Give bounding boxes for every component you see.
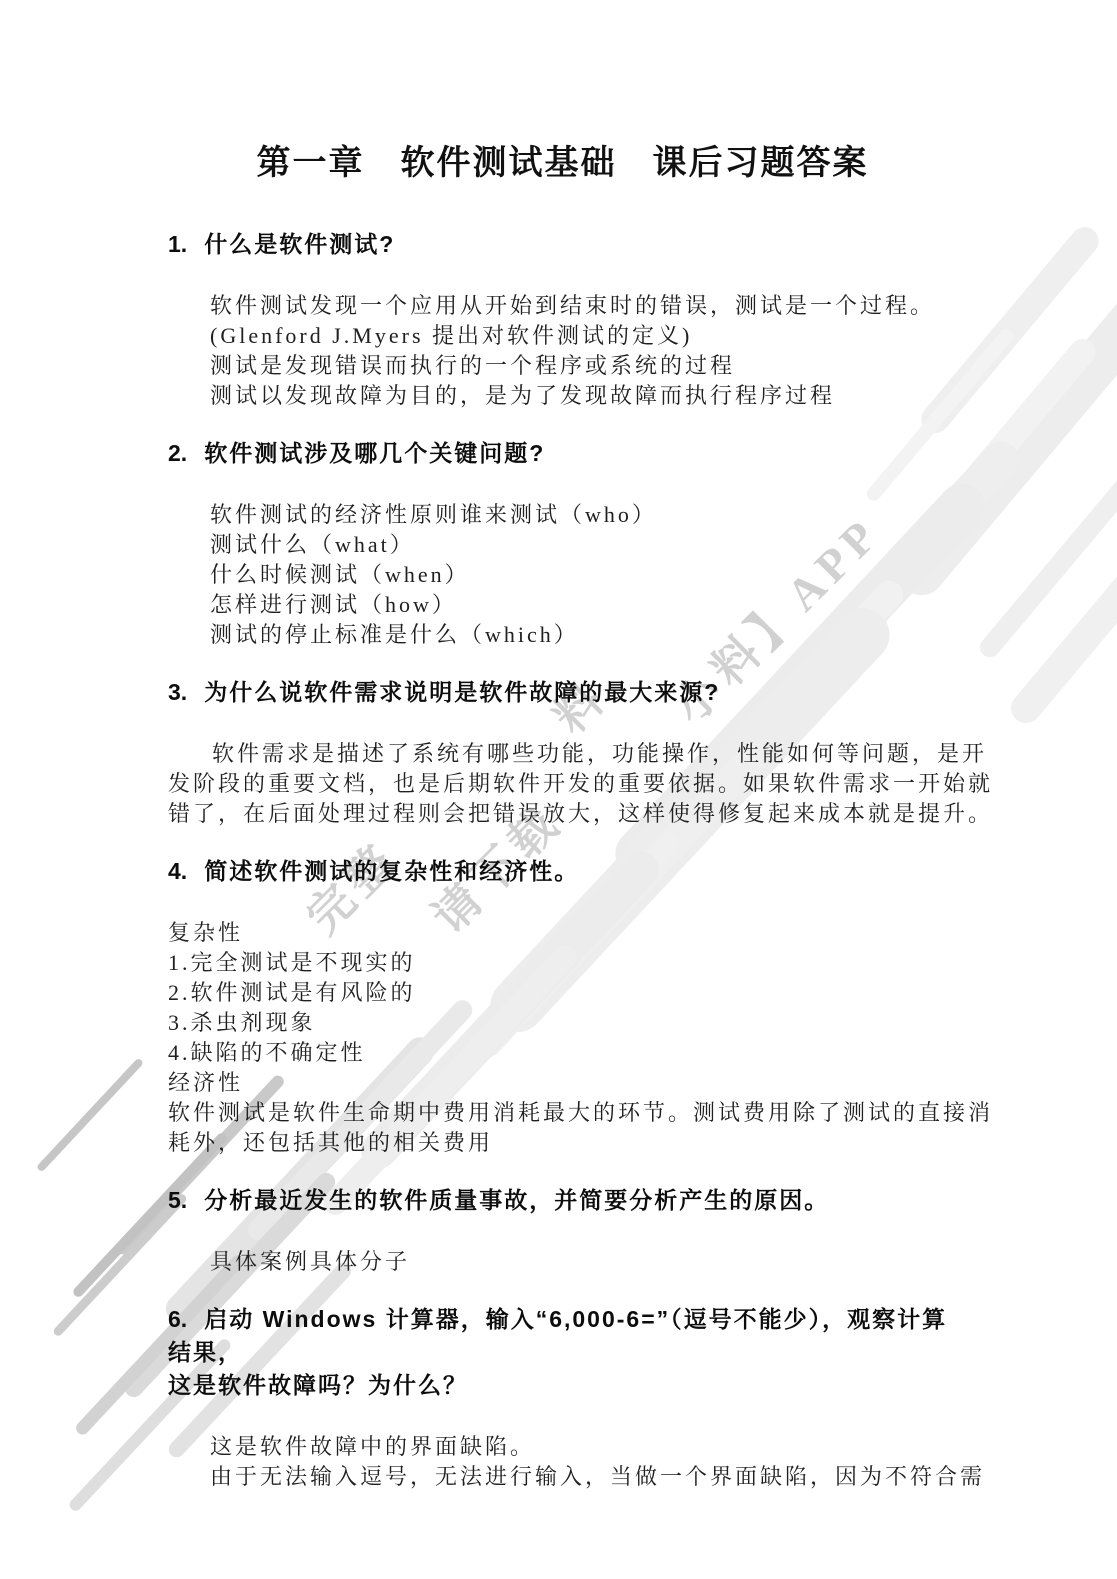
qa-section: 2.软件测试涉及哪几个关键问题?软件测试的经济性原则谁来测试（who）测试什么（… [168,437,957,650]
question-text: 什么是软件测试? [204,231,395,257]
answer-line: 发阶段的重要文档，也是后期软件开发的重要依据。如果软件需求一开始就 [168,769,957,799]
answer-line: 软件测试的经济性原则谁来测试（who） [210,500,957,530]
question-text: 简述软件测试的复杂性和经济性。 [204,858,579,884]
question-heading: 4.简述软件测试的复杂性和经济性。 [168,855,957,888]
answer-line: 复杂性 [168,918,957,948]
question-number: 1. [168,228,187,261]
answer-block: 软件测试的经济性原则谁来测试（who）测试什么（what）什么时候测试（when… [210,500,957,650]
answer-line: 软件测试发现一个应用从开始到结束时的错误，测试是一个过程。 [210,291,957,321]
answer-line: 测试的停止标准是什么（which） [210,620,957,650]
answer-block: 这是软件故障中的界面缺陷。由于无法输入逗号，无法进行输入，当做一个界面缺陷，因为… [210,1432,957,1492]
answer-line: 1.完全测试是不现实的 [168,948,957,978]
answer-line: 3.杀虫剂现象 [168,1008,957,1038]
answer-line: (Glenford J.Myers 提出对软件测试的定义) [210,321,957,351]
answer-line: 由于无法输入逗号，无法进行输入，当做一个界面缺陷，因为不符合需 [210,1462,957,1492]
answer-line: 4.缺陷的不确定性 [168,1038,957,1068]
answer-block: 软件需求是描述了系统有哪些功能，功能操作，性能如何等问题，是开发阶段的重要文档，… [168,739,957,829]
qa-section: 1.什么是软件测试?软件测试发现一个应用从开始到结束时的错误，测试是一个过程。(… [168,228,957,411]
answer-line: 软件测试是软件生命期中费用消耗最大的环节。测试费用除了测试的直接消 [168,1098,957,1128]
question-text: 为什么说软件需求说明是软件故障的最大来源? [204,679,720,705]
question-heading: 5.分析最近发生的软件质量事故，并简要分析产生的原因。 [168,1184,957,1217]
sections: 1.什么是软件测试?软件测试发现一个应用从开始到结束时的错误，测试是一个过程。(… [168,228,957,1492]
question-number: 3. [168,676,187,709]
question-heading: 6.启动 Windows 计算器，输入“6,000-6=”（逗号不能少），观察计… [168,1303,957,1402]
qa-section: 4.简述软件测试的复杂性和经济性。复杂性1.完全测试是不现实的2.软件测试是有风… [168,855,957,1158]
question-number: 4. [168,855,187,888]
answer-line: 2.软件测试是有风险的 [168,978,957,1008]
answer-line: 什么时候测试（when） [210,560,957,590]
qa-section: 6.启动 Windows 计算器，输入“6,000-6=”（逗号不能少），观察计… [168,1303,957,1492]
question-text: 启动 Windows 计算器，输入“6,000-6=”（逗号不能少），观察计算结… [168,1306,947,1365]
question-heading: 2.软件测试涉及哪几个关键问题? [168,437,957,470]
document-content: 第一章 软件测试基础 课后习题答案 1.什么是软件测试?软件测试发现一个应用从开… [0,0,1117,1492]
answer-line: 耗外，还包括其他的相关费用 [168,1128,957,1158]
answer-block: 软件测试发现一个应用从开始到结束时的错误，测试是一个过程。(Glenford J… [210,291,957,411]
answer-line: 怎样进行测试（how） [210,590,957,620]
answer-line: 这是软件故障中的界面缺陷。 [210,1432,957,1462]
answer-line: 测试是发现错误而执行的一个程序或系统的过程 [210,351,957,381]
answer-block: 复杂性1.完全测试是不现实的2.软件测试是有风险的3.杀虫剂现象4.缺陷的不确定… [168,918,957,1158]
question-text: 分析最近发生的软件质量事故，并简要分析产生的原因。 [204,1187,829,1213]
qa-section: 5.分析最近发生的软件质量事故，并简要分析产生的原因。具体案例具体分子 [168,1184,957,1277]
document-page: 完整请下载料小料】APP 第一章 软件测试基础 课后习题答案 1.什么是软件测试… [0,0,1117,1579]
answer-line: 经济性 [168,1068,957,1098]
answer-line: 具体案例具体分子 [210,1247,957,1277]
question-heading: 1.什么是软件测试? [168,228,957,261]
qa-section: 3.为什么说软件需求说明是软件故障的最大来源?软件需求是描述了系统有哪些功能，功… [168,676,957,829]
answer-line: 测试什么（what） [210,530,957,560]
question-text: 这是软件故障吗？为什么？ [168,1372,468,1398]
question-text: 软件测试涉及哪几个关键问题? [204,440,545,466]
answer-line: 测试以发现故障为目的，是为了发现故障而执行程序过程 [210,381,957,411]
answer-line: 错了，在后面处理过程则会把错误放大，这样使得修复起来成本就是提升。 [168,799,957,829]
question-number: 5. [168,1184,187,1217]
question-number: 2. [168,437,187,470]
question-number: 6. [168,1303,187,1336]
answer-line: 软件需求是描述了系统有哪些功能，功能操作，性能如何等问题，是开 [168,739,957,769]
question-heading: 3.为什么说软件需求说明是软件故障的最大来源? [168,676,957,709]
page-title: 第一章 软件测试基础 课后习题答案 [168,140,957,188]
answer-block: 具体案例具体分子 [210,1247,957,1277]
